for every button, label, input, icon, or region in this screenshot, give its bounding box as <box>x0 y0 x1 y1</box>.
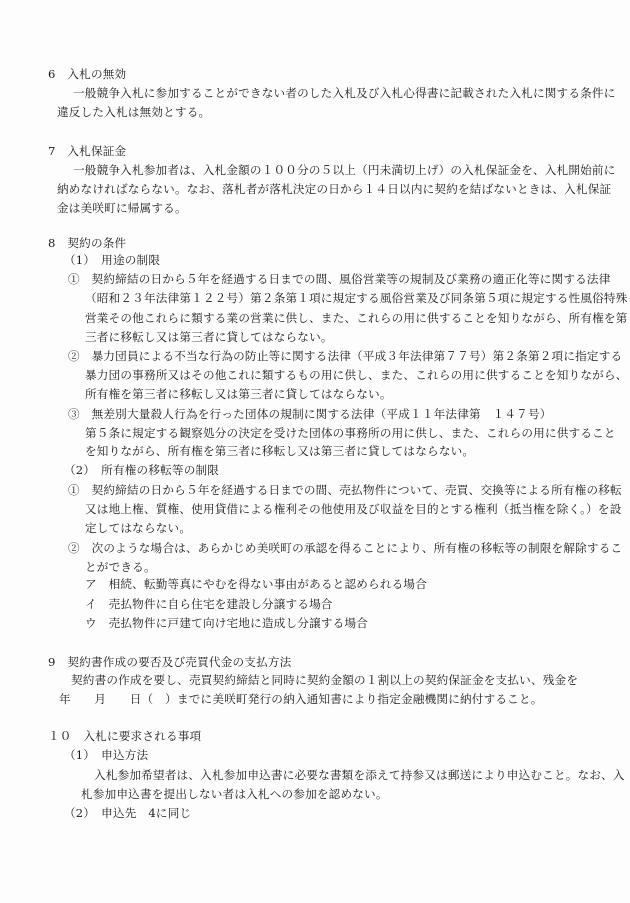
section-7-heading: 7 入札保証金 <box>48 144 126 158</box>
section-8-sub1-item1-line: （昭和２３年法律第１２２号）第２条第１項に規定する風俗営業及び同条第５項に規定す… <box>85 291 628 305</box>
section-9-body-line: 契約書の作成を要し、売買契約締結と同時に契約金額の１割以上の契約保証金を支払い、… <box>71 673 578 687</box>
section-8-sub1-item1-line: 営業その他これらに類する業の営業に供し、また、これらの用に供することを知りながら… <box>85 311 628 325</box>
section-8-sub2-item2-line: ② 次のような場合は、あらかじめ美咲町の承認を得ることにより、所有権の移転等の制… <box>68 541 622 555</box>
section-10-sub1-body-line: 札参加申込書を提出しない者は入札への参加を認めない。 <box>81 787 388 801</box>
section-8-sub1-item1-line: 三者に移転し又は第三者に貸してはならない。 <box>85 330 333 344</box>
section-10-sub2-heading: （2） 申込先 4に同じ <box>64 806 191 820</box>
section-8-sub2-heading: （2） 所有権の移転等の制限 <box>64 463 219 477</box>
section-6-heading: 6 入札の無効 <box>48 67 126 81</box>
section-8-sub2-item2-line: とができる。 <box>85 560 156 574</box>
section-8-sub2-item1-line: ① 契約締結の日から５年を経過する日までの間、売払物件について、売買、交換等によ… <box>68 483 622 497</box>
section-8-sub1-item2-line: ② 暴力団員による不当な行為の防止等に関する法律（平成３年法律第７７号）第２条第… <box>68 349 622 363</box>
section-8-sub2-item1-line: 又は地上権、質権、使用貸借による権利その他使用及び収益を目的とする権利（抵当権を… <box>85 502 621 516</box>
section-8-sub1-item3-line: ③ 無差別大量殺人行為を行った団体の規制に関する法律（平成１１年法律第 １４７号… <box>68 407 552 421</box>
section-8-sub1-item3-line: を知りながら、所有権を第三者に移転し又は第三者に貸してはならない。 <box>85 444 474 458</box>
section-8-sub1-item2-line: 所有権を第三者に移転し又は第三者に貸してはならない。 <box>85 387 392 401</box>
section-7-body-line: 一般競争入札参加者は、入札金額の１００分の５以上（円未満切上げ）の入札保証金を、… <box>73 163 616 177</box>
section-6-body-line: 違反した入札は無効とする。 <box>57 105 210 119</box>
section-8-sub2-item1-line: 定してはならない。 <box>85 521 191 535</box>
section-9-body-line: 年 月 日（ ）までに美咲町発行の納入通知書により指定金融機関に納付すること。 <box>59 692 543 706</box>
section-8-case-a: ア 相続、転勤等真にやむを得ない事由があると認められる場合 <box>85 577 427 591</box>
document-page: 6 入札の無効 一般競争入札に参加することができない者のした入札及び入札心得書に… <box>0 0 630 903</box>
section-8-case-u: ウ 売払物件に戸建て向け宅地に造成し分譲する場合 <box>85 616 368 630</box>
section-8-sub1-heading: （1） 用途の制限 <box>64 253 160 267</box>
section-8-sub1-item1-line: ① 契約締結の日から５年を経過する日までの間、風俗営業等の規制及び業務の適正化等… <box>68 272 611 286</box>
section-7-body-line: 金は美咲町に帰属する。 <box>57 201 187 215</box>
section-7-body-line: 納めなければならない。なお、落札者が落札決定の日から１４日以内に契約を結ばないと… <box>57 182 611 196</box>
section-8-sub1-item2-line: 暴力団の事務所又はその他これに類するもの用に供し、また、これらの用に供することを… <box>85 368 628 382</box>
section-10-sub1-body-line: 入札参加希望者は、入札参加申込書に必要な書類を添えて持参又は郵送により申込むこと… <box>94 768 625 782</box>
section-10-sub1-heading: （1） 申込方法 <box>64 748 148 762</box>
section-10-heading: １０ 入札に要求される事項 <box>48 729 201 743</box>
section-9-heading: 9 契約書作成の要否及び売買代金の支払方法 <box>48 655 291 669</box>
section-8-case-i: イ 売払物件に自ら住宅を建設し分譲する場合 <box>85 597 333 611</box>
section-6-body-line: 一般競争入札に参加することができない者のした入札及び入札心得書に記載された入札に… <box>73 86 616 100</box>
section-8-sub1-item3-line: 第５条に規定する観察処分の決定を受けた団体の事務所の用に供し、また、これらの用に… <box>85 426 616 440</box>
section-8-heading: 8 契約の条件 <box>48 236 126 250</box>
